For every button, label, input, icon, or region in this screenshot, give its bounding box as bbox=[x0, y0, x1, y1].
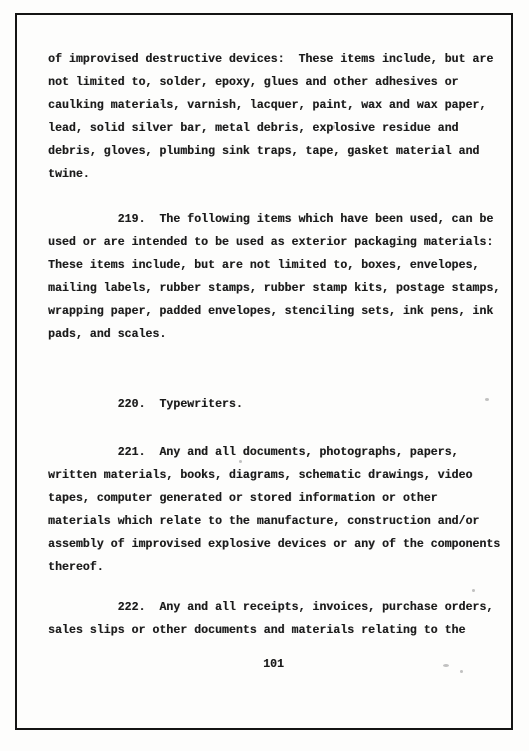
text-line: caulking materials, varnish, lacquer, pa… bbox=[48, 94, 499, 117]
scan-speck bbox=[443, 664, 449, 667]
text-line: lead, solid silver bar, metal debris, ex… bbox=[48, 117, 499, 140]
text-line: debris, gloves, plumbing sink traps, tap… bbox=[48, 140, 499, 163]
scan-speck bbox=[485, 398, 489, 401]
page-content: of improvised destructive devices: These… bbox=[17, 15, 511, 728]
text-line: sales slips or other documents and mater… bbox=[48, 619, 499, 642]
page-border: of improvised destructive devices: These… bbox=[15, 13, 513, 730]
text-line: twine. bbox=[48, 163, 499, 186]
text-line: thereof. bbox=[48, 556, 499, 579]
text-line: 220. Typewriters. bbox=[48, 393, 499, 416]
text-line: tapes, computer generated or stored info… bbox=[48, 487, 499, 510]
paragraph-220: 220. Typewriters. bbox=[48, 393, 499, 416]
text-line: used or are intended to be used as exter… bbox=[48, 231, 499, 254]
scan-speck bbox=[333, 125, 335, 129]
scan-speck bbox=[460, 670, 463, 673]
text-line: 222. Any and all receipts, invoices, pur… bbox=[48, 596, 499, 619]
scan-speck bbox=[472, 589, 475, 592]
text-line: of improvised destructive devices: These… bbox=[48, 48, 499, 71]
document-page: of improvised destructive devices: These… bbox=[0, 0, 529, 751]
text-line: 221. Any and all documents, photographs,… bbox=[48, 441, 499, 464]
paragraph-222: 222. Any and all receipts, invoices, pur… bbox=[48, 596, 499, 642]
paragraph: of improvised destructive devices: These… bbox=[48, 48, 499, 186]
text-line: 219. The following items which have been… bbox=[48, 208, 499, 231]
text-line: materials which relate to the manufactur… bbox=[48, 510, 499, 533]
text-line: wrapping paper, padded envelopes, stenci… bbox=[48, 300, 499, 323]
scan-speck bbox=[239, 460, 242, 463]
text-line: These items include, but are not limited… bbox=[48, 254, 499, 277]
text-line: not limited to, solder, epoxy, glues and… bbox=[48, 71, 499, 94]
page-number: 101 bbox=[48, 653, 499, 676]
scan-speck bbox=[160, 102, 163, 104]
paragraph-221: 221. Any and all documents, photographs,… bbox=[48, 441, 499, 579]
text-line: written materials, books, diagrams, sche… bbox=[48, 464, 499, 487]
text-line: mailing labels, rubber stamps, rubber st… bbox=[48, 277, 499, 300]
paragraph-219: 219. The following items which have been… bbox=[48, 208, 499, 346]
text-line: pads, and scales. bbox=[48, 323, 499, 346]
text-line: assembly of improvised explosive devices… bbox=[48, 533, 499, 556]
